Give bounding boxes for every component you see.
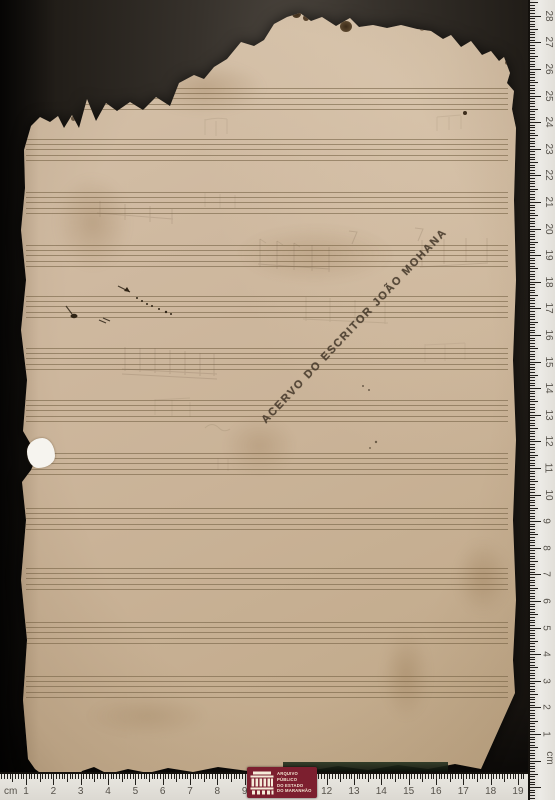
ruler-tick bbox=[530, 439, 535, 440]
ruler-tick bbox=[195, 774, 196, 779]
ruler-tick bbox=[530, 74, 535, 75]
ruler-number: 28 bbox=[543, 10, 554, 21]
ruler-tick bbox=[530, 72, 535, 73]
ruler-tick bbox=[83, 774, 84, 779]
ruler-number: 14 bbox=[543, 383, 554, 394]
ruler-tick bbox=[127, 774, 128, 779]
ruler-tick bbox=[530, 396, 535, 397]
ruler-tick bbox=[436, 774, 437, 785]
ruler-number: 20 bbox=[543, 223, 554, 234]
ruler-tick bbox=[182, 774, 183, 779]
ruler-tick bbox=[530, 588, 538, 589]
ruler-tick bbox=[395, 774, 396, 782]
foxing-spot bbox=[356, 6, 362, 11]
ruler-tick bbox=[318, 774, 319, 779]
ruler-tick bbox=[530, 319, 535, 320]
ruler-tick bbox=[530, 96, 541, 97]
ruler-tick bbox=[530, 5, 535, 6]
ruler-tick bbox=[441, 774, 442, 779]
ruler-tick bbox=[530, 64, 535, 65]
ruler-tick bbox=[64, 774, 65, 779]
ruler-tick bbox=[530, 117, 535, 118]
ruler-tick bbox=[469, 774, 470, 779]
ruler-tick bbox=[368, 774, 369, 782]
ruler-number: 8 bbox=[215, 786, 221, 797]
ruler-tick bbox=[530, 510, 535, 511]
ruler-tick bbox=[530, 518, 535, 519]
ruler-tick bbox=[29, 774, 30, 779]
ruler-tick bbox=[48, 774, 49, 779]
ruler-tick bbox=[530, 449, 535, 450]
ruler-tick bbox=[530, 239, 535, 240]
foxing-spot bbox=[386, 16, 395, 24]
ruler-tick bbox=[530, 614, 538, 615]
ruler-tick bbox=[530, 463, 535, 464]
ruler-tick bbox=[530, 718, 535, 719]
ruler-tick bbox=[530, 604, 535, 605]
ruler-tick bbox=[466, 774, 467, 779]
ruler-tick bbox=[530, 210, 535, 211]
ruler-tick bbox=[530, 630, 535, 631]
ruler-tick bbox=[530, 787, 541, 788]
ruler-tick bbox=[119, 774, 120, 779]
ruler-tick bbox=[75, 774, 76, 779]
ruler-tick bbox=[530, 66, 535, 67]
ruler-tick bbox=[530, 266, 535, 267]
ruler-tick bbox=[530, 330, 535, 331]
ruler-tick bbox=[373, 774, 374, 779]
ruler-tick bbox=[530, 218, 535, 219]
ruler-tick bbox=[530, 143, 535, 144]
ruler-tick bbox=[530, 569, 535, 570]
ruler-tick bbox=[530, 234, 535, 235]
ruler-tick bbox=[530, 761, 541, 762]
ruler-tick bbox=[530, 205, 535, 206]
ruler-tick bbox=[116, 774, 117, 779]
ruler-tick bbox=[530, 646, 535, 647]
ruler-number: 16 bbox=[430, 786, 441, 797]
ruler-tick bbox=[530, 53, 535, 54]
ruler-tick bbox=[530, 729, 535, 730]
ruler-tick bbox=[59, 774, 60, 779]
ruler-tick bbox=[530, 776, 535, 777]
ruler-tick bbox=[444, 774, 445, 779]
ruler-tick bbox=[530, 417, 535, 418]
ruler-tick bbox=[149, 774, 150, 782]
ruler-tick bbox=[530, 617, 535, 618]
ruler-tick bbox=[530, 292, 535, 293]
ruler-tick bbox=[530, 393, 535, 394]
ruler-tick bbox=[400, 774, 401, 779]
ruler-number: 18 bbox=[485, 786, 496, 797]
ruler-tick bbox=[530, 351, 535, 352]
ruler-tick bbox=[530, 758, 535, 759]
ruler-tick bbox=[530, 21, 535, 22]
ruler-tick bbox=[530, 130, 535, 131]
archive-logo-text: ARQUIVO PÚBLICO DO ESTADO DO MARANHÃO bbox=[277, 771, 312, 794]
ruler-number: 19 bbox=[543, 250, 554, 261]
ruler-tick bbox=[51, 774, 52, 779]
ruler-tick bbox=[530, 792, 535, 793]
ruler-tick bbox=[146, 774, 147, 779]
ruler-tick bbox=[530, 657, 535, 658]
ruler-tick bbox=[92, 774, 93, 779]
scan-background: ACERVO DO ESCRITOR JOÃO MOHANA cm 123456… bbox=[0, 0, 555, 800]
ruler-tick bbox=[530, 598, 535, 599]
ruler-tick bbox=[530, 409, 535, 410]
ruler-tick bbox=[100, 774, 101, 779]
ruler-tick bbox=[530, 723, 535, 724]
ruler-tick bbox=[530, 295, 538, 296]
ruler-tick bbox=[530, 229, 541, 230]
ruler-number: 3 bbox=[78, 786, 84, 797]
ruler-tick bbox=[530, 790, 535, 791]
ruler-tick bbox=[530, 111, 535, 112]
ruler-tick bbox=[530, 782, 535, 783]
ruler-tick bbox=[530, 127, 535, 128]
ruler-tick bbox=[530, 343, 535, 344]
ruler-tick bbox=[530, 697, 535, 698]
ruler-tick bbox=[530, 622, 535, 623]
ruler-number: 13 bbox=[348, 786, 359, 797]
ruler-tick bbox=[187, 774, 188, 779]
ruler-tick bbox=[124, 774, 125, 779]
ruler-tick bbox=[217, 774, 218, 785]
ruler-tick bbox=[530, 502, 535, 503]
ruler-number: 22 bbox=[543, 170, 554, 181]
ruler-tick bbox=[354, 774, 355, 785]
ruler-tick bbox=[530, 691, 535, 692]
ruler-tick bbox=[530, 380, 535, 381]
ruler-tick bbox=[530, 186, 535, 187]
ruler-tick bbox=[530, 359, 535, 360]
ruler-tick bbox=[530, 625, 535, 626]
ruler-tick bbox=[530, 425, 535, 426]
ruler-tick bbox=[530, 244, 535, 245]
ruler-tick bbox=[530, 550, 535, 551]
ruler-tick bbox=[530, 80, 535, 81]
ruler-tick bbox=[530, 784, 535, 785]
ruler-tick bbox=[530, 98, 535, 99]
ruler-right-unit: cm bbox=[544, 751, 555, 764]
ruler-tick bbox=[530, 231, 535, 232]
ruler-tick bbox=[530, 284, 535, 285]
ruler-tick bbox=[157, 774, 158, 779]
ruler-tick bbox=[530, 537, 535, 538]
ruler-tick bbox=[351, 774, 352, 779]
ruler-tick bbox=[530, 609, 535, 610]
ruler-tick bbox=[455, 774, 456, 779]
ruler-tick bbox=[530, 250, 535, 251]
ruler-tick bbox=[530, 649, 535, 650]
ruler-tick bbox=[89, 774, 90, 779]
ruler-tick bbox=[530, 705, 535, 706]
ruler-tick bbox=[530, 556, 535, 557]
ruler-tick bbox=[530, 367, 535, 368]
ruler-tick bbox=[530, 90, 535, 91]
ruler-tick bbox=[379, 774, 380, 779]
ruler-tick bbox=[530, 407, 535, 408]
ruler-tick bbox=[530, 423, 535, 424]
ruler-tick bbox=[530, 125, 535, 126]
ruler-tick bbox=[1, 774, 2, 779]
ruler-tick bbox=[530, 37, 535, 38]
ruler-tick bbox=[530, 545, 535, 546]
ruler-number: 15 bbox=[403, 786, 414, 797]
ruler-tick bbox=[428, 774, 429, 779]
ruler-tick bbox=[502, 774, 503, 779]
ruler-tick bbox=[530, 431, 535, 432]
ruler-tick bbox=[234, 774, 235, 779]
ruler-tick bbox=[530, 50, 535, 51]
ruler-tick bbox=[530, 542, 535, 543]
ruler-tick bbox=[530, 774, 538, 775]
ruler-tick bbox=[530, 287, 535, 288]
ruler-number: 6 bbox=[160, 786, 166, 797]
ruler-tick bbox=[45, 774, 46, 779]
ruler-tick bbox=[480, 774, 481, 779]
ruler-tick bbox=[530, 194, 535, 195]
ruler-tick bbox=[138, 774, 139, 779]
ruler-tick bbox=[530, 327, 535, 328]
ruler-tick bbox=[530, 452, 535, 453]
ruler-tick bbox=[4, 774, 5, 779]
ruler-tick bbox=[176, 774, 177, 782]
paper-damage-chip bbox=[27, 438, 55, 468]
ruler-number: 13 bbox=[543, 409, 554, 420]
ruler-tick bbox=[530, 322, 538, 323]
ruler-tick bbox=[530, 766, 535, 767]
ruler-tick bbox=[133, 774, 134, 779]
ruler-tick bbox=[530, 48, 535, 49]
ruler-tick bbox=[78, 774, 79, 779]
ruler-tick bbox=[530, 114, 535, 115]
ruler-tick bbox=[530, 26, 535, 27]
ruler-number: 19 bbox=[512, 786, 523, 797]
ruler-tick bbox=[530, 252, 535, 253]
ruler-tick bbox=[530, 42, 541, 43]
ruler-tick bbox=[42, 774, 43, 779]
ruler-tick bbox=[530, 213, 535, 214]
ruler-tick bbox=[472, 774, 473, 779]
ruler-tick bbox=[403, 774, 404, 779]
ruler-tick bbox=[409, 774, 410, 785]
ruler-number: 7 bbox=[540, 572, 551, 578]
ruler-tick bbox=[530, 763, 535, 764]
ruler-tick bbox=[530, 308, 541, 309]
ruler-tick bbox=[105, 774, 106, 779]
ruler-tick bbox=[329, 774, 330, 779]
ruler-number: 17 bbox=[458, 786, 469, 797]
ruler-tick bbox=[530, 739, 535, 740]
ruler-tick bbox=[530, 662, 535, 663]
ruler-tick bbox=[530, 798, 535, 799]
ruler-tick bbox=[530, 348, 538, 349]
ruler-tick bbox=[417, 774, 418, 779]
ruler-tick bbox=[530, 197, 535, 198]
ruler-tick bbox=[530, 532, 535, 533]
ruler-tick bbox=[70, 774, 71, 779]
ruler-tick bbox=[530, 221, 535, 222]
ruler-tick bbox=[7, 774, 8, 779]
ruler-tick bbox=[530, 715, 535, 716]
ruler-tick bbox=[223, 774, 224, 779]
ruler-number: 25 bbox=[543, 90, 554, 101]
ruler-tick bbox=[338, 774, 339, 779]
ruler-tick bbox=[530, 742, 535, 743]
ruler-tick bbox=[40, 774, 41, 782]
ruler-tick bbox=[452, 774, 453, 779]
ruler-tick bbox=[530, 16, 541, 17]
ruler-tick bbox=[185, 774, 186, 779]
ruler-tick bbox=[242, 774, 243, 779]
ruler-tick bbox=[18, 774, 19, 779]
ruler-tick bbox=[530, 375, 538, 376]
ruler-tick bbox=[103, 774, 104, 779]
ruler-tick bbox=[113, 774, 114, 779]
ruler-tick bbox=[130, 774, 131, 779]
ruler-tick bbox=[530, 558, 535, 559]
ruler-tick bbox=[530, 436, 535, 437]
ruler-tick bbox=[530, 189, 538, 190]
ruler-tick bbox=[530, 497, 535, 498]
ruler-tick bbox=[398, 774, 399, 779]
ruler-tick bbox=[530, 377, 535, 378]
ruler-tick bbox=[15, 774, 16, 779]
archive-logo: ARQUIVO PÚBLICO DO ESTADO DO MARANHÃO bbox=[247, 767, 317, 798]
ruler-tick bbox=[530, 226, 535, 227]
ruler-tick bbox=[530, 779, 535, 780]
ruler-number: 17 bbox=[543, 303, 554, 314]
archive-logo-line: DO MARANHÃO bbox=[277, 788, 312, 794]
ruler-tick bbox=[530, 412, 535, 413]
ruler-tick bbox=[521, 774, 522, 779]
ruler-tick bbox=[530, 585, 535, 586]
ruler-tick bbox=[86, 774, 87, 779]
ruler-number: 1 bbox=[540, 731, 551, 737]
ruler-tick bbox=[414, 774, 415, 779]
ruler-tick bbox=[406, 774, 407, 779]
ruler-tick bbox=[510, 774, 511, 779]
ruler-tick bbox=[530, 473, 535, 474]
ruler-tick bbox=[496, 774, 497, 779]
ruler-number: 7 bbox=[187, 786, 193, 797]
ruler-tick bbox=[518, 774, 519, 785]
ruler-tick bbox=[530, 335, 541, 336]
ruler-tick bbox=[530, 771, 535, 772]
ruler-tick bbox=[530, 713, 535, 714]
ruler-tick bbox=[530, 300, 535, 301]
ruler-tick bbox=[349, 774, 350, 779]
ruler-tick bbox=[215, 774, 216, 779]
ruler-tick bbox=[530, 88, 535, 89]
ruler-tick bbox=[530, 372, 535, 373]
ruler-tick bbox=[212, 774, 213, 779]
ruler-tick bbox=[530, 529, 535, 530]
ruler-tick bbox=[530, 178, 535, 179]
ruler-tick bbox=[530, 157, 535, 158]
ruler-tick bbox=[26, 774, 27, 785]
ruler-tick bbox=[335, 774, 336, 779]
ruler-tick bbox=[513, 774, 514, 779]
ruler-tick bbox=[530, 103, 535, 104]
ruler-tick bbox=[530, 500, 535, 501]
ruler-tick bbox=[530, 643, 535, 644]
ruler-tick bbox=[530, 119, 535, 120]
ruler-tick bbox=[530, 369, 535, 370]
ruler-tick bbox=[530, 612, 535, 613]
ruler-tick bbox=[530, 223, 535, 224]
ruler-tick bbox=[530, 356, 535, 357]
ruler-tick bbox=[387, 774, 388, 779]
ruler-tick bbox=[327, 774, 328, 785]
ruler-tick bbox=[530, 768, 535, 769]
ruler-tick bbox=[530, 24, 535, 25]
ruler-tick bbox=[530, 8, 535, 9]
ruler-tick bbox=[530, 303, 535, 304]
ruler-number: 8 bbox=[540, 545, 551, 551]
ruler-number: 23 bbox=[543, 143, 554, 154]
ruler-tick bbox=[499, 774, 500, 779]
ruler-tick bbox=[461, 774, 462, 779]
ruler-tick bbox=[530, 399, 535, 400]
ruler-tick bbox=[530, 678, 535, 679]
ruler-tick bbox=[359, 774, 360, 779]
ruler-tick bbox=[357, 774, 358, 779]
ruler-tick bbox=[493, 774, 494, 779]
paper-wrapper: ACERVO DO ESCRITOR JOÃO MOHANA bbox=[0, 0, 555, 800]
ruler-number: 21 bbox=[543, 196, 554, 207]
ruler-tick bbox=[530, 306, 535, 307]
ruler-tick bbox=[530, 428, 538, 429]
ruler-tick bbox=[530, 82, 538, 83]
ruler-tick bbox=[530, 45, 535, 46]
ruler-tick bbox=[23, 774, 24, 779]
ruler-tick bbox=[530, 689, 535, 690]
ruler-tick bbox=[228, 774, 229, 779]
ruler-tick bbox=[530, 282, 541, 283]
ruler-tick bbox=[530, 311, 535, 312]
ruler-tick bbox=[530, 484, 535, 485]
ruler-tick bbox=[530, 561, 538, 562]
ruler-tick bbox=[530, 316, 535, 317]
ruler-tick bbox=[72, 774, 73, 779]
ruler-tick bbox=[425, 774, 426, 779]
ruler-tick bbox=[530, 447, 535, 448]
ruler-tick bbox=[482, 774, 483, 779]
ruler-tick bbox=[204, 774, 205, 782]
ruler-number: 11 bbox=[543, 463, 554, 473]
ruler-tick bbox=[530, 577, 535, 578]
ruler-tick bbox=[530, 69, 541, 70]
ruler-number: 3 bbox=[540, 678, 551, 684]
ruler-tick bbox=[530, 133, 535, 134]
ruler-tick bbox=[530, 314, 535, 315]
ruler-tick bbox=[530, 750, 535, 751]
ruler-tick bbox=[321, 774, 322, 779]
ruler-tick bbox=[530, 199, 535, 200]
ruler-tick bbox=[332, 774, 333, 779]
ruler-tick bbox=[530, 441, 541, 442]
ruler-number: 24 bbox=[543, 117, 554, 128]
ruler-tick bbox=[530, 18, 535, 19]
ruler-tick bbox=[193, 774, 194, 779]
ruler-tick bbox=[530, 444, 535, 445]
ruler-tick bbox=[81, 774, 82, 785]
ruler-tick bbox=[530, 346, 535, 347]
ruler-tick bbox=[530, 479, 535, 480]
ruler-tick bbox=[530, 276, 535, 277]
